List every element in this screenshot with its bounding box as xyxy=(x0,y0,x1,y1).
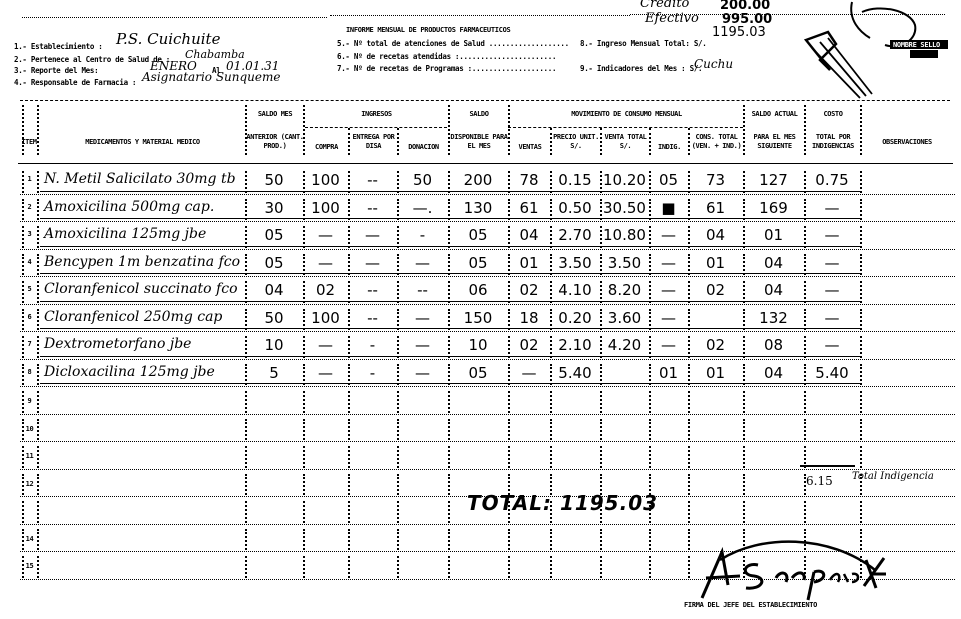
stamp-text: NOMBRE SELLO xyxy=(893,41,940,49)
field-indicadores: 9.- Indicadores del Mes : S/. xyxy=(580,64,702,73)
cell-ventas[interactable]: 18 xyxy=(508,309,550,327)
cell-precio[interactable]: 0.15 xyxy=(550,171,600,189)
col-header-observaciones: OBSERVACIONES xyxy=(862,138,952,147)
col-sep xyxy=(860,391,862,413)
col-sep xyxy=(22,105,24,155)
col-sep xyxy=(600,446,602,468)
handwriting-underline xyxy=(40,383,860,384)
table-row: 6Cloranfenicol 250mg cap50100--—150180.2… xyxy=(0,306,961,334)
cell-precio[interactable]: 2.10 xyxy=(550,336,600,354)
cell-saldo-sig[interactable]: 01 xyxy=(743,226,804,244)
col-sep xyxy=(37,501,39,523)
col-sep xyxy=(397,529,399,551)
col-sep xyxy=(448,419,450,441)
cell-cons-total[interactable]: 01 xyxy=(688,254,743,272)
col-header-name: MEDICAMENTOS Y MATERIAL MEDICO xyxy=(40,138,245,147)
col-header-anterior: ANTERIOR (CANT. PROD.) xyxy=(245,133,305,151)
cell-name[interactable]: Dextrometorfano jbe xyxy=(40,336,249,352)
field-responsable: 4.- Responsable de Farmacia : xyxy=(14,78,136,87)
col-sep xyxy=(860,501,862,523)
cell-saldo-sig[interactable]: 08 xyxy=(743,336,804,354)
row-rule xyxy=(20,441,955,442)
col-sep xyxy=(303,501,305,523)
cell-ventas[interactable]: 02 xyxy=(508,336,550,354)
col-sep xyxy=(550,529,552,551)
cell-item: 5 xyxy=(22,285,37,293)
col-sep xyxy=(600,419,602,441)
cell-costo-total[interactable]: 5.40 xyxy=(804,364,860,382)
col-sep xyxy=(448,556,450,578)
cell-name[interactable]: Bencypen 1m benzatina fco xyxy=(40,254,249,270)
col-sep xyxy=(37,105,39,155)
row-rule xyxy=(20,221,955,222)
col-sep xyxy=(743,419,745,441)
cell-item: 15 xyxy=(22,562,37,570)
col-sep xyxy=(743,474,745,496)
col-sep xyxy=(245,474,247,496)
field-recetas-programas: 7.- Nº de recetas de Programas :........… xyxy=(337,64,556,73)
cell-ventas[interactable]: — xyxy=(508,364,550,382)
credito-label: Credito xyxy=(640,0,689,11)
field-recetas-atendidas: 6.- Nº de recetas atendidas :...........… xyxy=(337,52,556,61)
col-sep xyxy=(37,364,39,386)
cell-disponible[interactable]: 05 xyxy=(448,364,508,382)
col-sep xyxy=(860,309,862,331)
cell-item: 4 xyxy=(22,258,37,266)
col-sep xyxy=(348,419,350,441)
cell-venta-total[interactable]: 10.20 xyxy=(600,171,649,189)
col-sep xyxy=(397,474,399,496)
cell-disponible[interactable]: 05 xyxy=(448,226,508,244)
cell-anterior[interactable]: 05 xyxy=(245,226,303,244)
col-sep xyxy=(600,529,602,551)
col-sep xyxy=(303,419,305,441)
cell-item: 8 xyxy=(22,368,37,376)
col-sep xyxy=(860,446,862,468)
cell-indig[interactable]: — xyxy=(649,281,688,299)
cell-item: 3 xyxy=(22,230,37,238)
cell-costo-total[interactable]: — xyxy=(804,281,860,299)
col-sep xyxy=(37,199,39,221)
table-row: 10 xyxy=(0,416,961,444)
cell-anterior[interactable]: 10 xyxy=(245,336,303,354)
col-sep xyxy=(348,446,350,468)
col-sep xyxy=(37,446,39,468)
cell-costo-total[interactable]: 0.75 xyxy=(804,171,860,189)
cell-donacion[interactable]: — xyxy=(397,309,448,327)
field-label: 1.- Establecimiento : xyxy=(14,42,103,51)
handwriting-underline xyxy=(40,328,860,329)
col-sep xyxy=(397,391,399,413)
handwriting-underline xyxy=(40,273,860,274)
cell-item: 14 xyxy=(22,535,37,543)
cell-costo-total[interactable]: — xyxy=(804,199,860,217)
cell-precio[interactable]: 0.50 xyxy=(550,199,600,217)
signature-icon xyxy=(680,530,900,605)
cell-indig[interactable]: — xyxy=(649,254,688,272)
col-sep xyxy=(688,391,690,413)
row-rule xyxy=(20,331,955,332)
col-sep xyxy=(804,419,806,441)
col-sep xyxy=(245,529,247,551)
cell-entrega[interactable]: - xyxy=(348,364,397,382)
col-sep xyxy=(688,446,690,468)
cell-entrega[interactable]: -- xyxy=(348,309,397,327)
header-saldo-actual: SALDO ACTUAL xyxy=(745,110,804,119)
cell-ventas[interactable]: 04 xyxy=(508,226,550,244)
col-sep xyxy=(397,501,399,523)
col-sep xyxy=(397,556,399,578)
col-sep xyxy=(37,336,39,358)
col-sep xyxy=(550,556,552,578)
indicadores-value[interactable]: Cuchu xyxy=(694,57,733,71)
col-sep xyxy=(688,309,690,331)
cell-donacion[interactable]: — xyxy=(397,336,448,354)
field-ingreso-mensual: 8.- Ingreso Mensual Total: S/. xyxy=(580,39,706,48)
cell-precio[interactable]: 3.50 xyxy=(550,254,600,272)
cell-entrega[interactable]: -- xyxy=(348,281,397,299)
cell-cons-total[interactable]: 02 xyxy=(688,336,743,354)
cell-compra[interactable]: 02 xyxy=(303,281,348,299)
field-establecimiento: 1.- Establecimiento : xyxy=(14,42,103,51)
cell-cons-total[interactable]: 73 xyxy=(688,171,743,189)
col-sep xyxy=(245,419,247,441)
cell-venta-total[interactable]: 3.50 xyxy=(600,254,649,272)
cell-ventas[interactable]: 61 xyxy=(508,199,550,217)
margin-note-underline xyxy=(800,465,855,467)
cell-indig[interactable]: — xyxy=(649,309,688,327)
table-row: 7Dextrometorfano jbe10—-—10022.104.20—02… xyxy=(0,333,961,361)
establecimiento-value[interactable]: P.S. Cuichuite xyxy=(116,30,220,48)
cell-name[interactable]: Amoxicilina 500mg cap. xyxy=(40,199,249,215)
cell-item: 9 xyxy=(22,397,37,405)
col-sep xyxy=(37,474,39,496)
handwriting-underline xyxy=(40,191,860,192)
annotation-total: 1195.03 xyxy=(712,25,766,40)
cell-donacion[interactable]: — xyxy=(397,254,448,272)
cell-disponible[interactable]: 06 xyxy=(448,281,508,299)
col-sep xyxy=(348,501,350,523)
col-sep xyxy=(804,391,806,413)
col-sep xyxy=(508,419,510,441)
cell-disponible[interactable]: 05 xyxy=(448,254,508,272)
col-sep xyxy=(600,391,602,413)
cell-compra[interactable]: 100 xyxy=(303,171,348,189)
header-movimiento: MOVIMIENTO DE CONSUMO MENSUAL xyxy=(510,110,743,119)
handwriting-underline xyxy=(40,301,860,302)
header-saldo: SALDO xyxy=(450,110,508,119)
cell-donacion[interactable]: —. xyxy=(397,199,448,217)
col-sep xyxy=(860,105,862,155)
cell-compra[interactable]: 100 xyxy=(303,199,348,217)
cell-saldo-sig[interactable]: 04 xyxy=(743,254,804,272)
col-sep xyxy=(348,529,350,551)
cell-costo-total[interactable]: — xyxy=(804,254,860,272)
col-header-entrega: ENTREGA POR DISA xyxy=(350,133,397,151)
cell-venta-total[interactable]: 8.20 xyxy=(600,281,649,299)
cell-anterior[interactable]: 30 xyxy=(245,199,303,217)
cell-saldo-sig[interactable]: 04 xyxy=(743,364,804,382)
col-header-indig: INDIG. xyxy=(651,143,688,152)
col-sep xyxy=(245,446,247,468)
col-sep xyxy=(649,529,651,551)
col-sep xyxy=(688,474,690,496)
cell-indig[interactable]: — xyxy=(649,226,688,244)
cell-ventas[interactable]: 02 xyxy=(508,281,550,299)
row-rule xyxy=(20,524,955,525)
col-sep xyxy=(245,556,247,578)
cell-cons-total[interactable]: 01 xyxy=(688,364,743,382)
table-row: 8Dicloxacilina 125mg jbe5—-—05—5.4001010… xyxy=(0,361,961,389)
field-reporte-mes: 3.- Reporte del Mes: xyxy=(14,66,98,75)
col-sep xyxy=(649,419,651,441)
cell-indig[interactable]: 05 xyxy=(649,171,688,189)
cell-entrega[interactable]: — xyxy=(348,254,397,272)
cell-disponible[interactable]: 130 xyxy=(448,199,508,217)
row-rule xyxy=(20,469,955,470)
cell-precio[interactable]: 4.10 xyxy=(550,281,600,299)
col-sep xyxy=(860,199,862,221)
table-row: 9 xyxy=(0,388,961,416)
handwriting-underline xyxy=(40,218,860,219)
cell-name[interactable]: Dicloxacilina 125mg jbe xyxy=(40,364,249,380)
col-sep xyxy=(37,281,39,303)
cell-compra[interactable]: — xyxy=(303,254,348,272)
cell-name[interactable]: N. Metil Salicilato 30mg tb xyxy=(40,171,249,187)
col-header-costo-total: TOTAL POR INDIGENCIAS xyxy=(806,133,860,151)
header-ingresos: INGRESOS xyxy=(305,110,448,119)
cell-saldo-sig[interactable]: 132 xyxy=(743,309,804,327)
cell-compra[interactable]: — xyxy=(303,226,348,244)
cell-saldo-sig[interactable]: 127 xyxy=(743,171,804,189)
cell-precio[interactable]: 5.40 xyxy=(550,364,600,382)
col-sep xyxy=(348,474,350,496)
grand-total: TOTAL: 1195.03 xyxy=(467,491,658,515)
col-sep xyxy=(860,419,862,441)
cell-cons-total[interactable]: 02 xyxy=(688,281,743,299)
cell-name[interactable]: Amoxicilina 125mg jbe xyxy=(40,226,249,242)
col-sep xyxy=(448,391,450,413)
cell-costo-total[interactable]: — xyxy=(804,336,860,354)
row-rule xyxy=(20,359,955,360)
col-sep xyxy=(303,529,305,551)
cell-ventas[interactable]: 01 xyxy=(508,254,550,272)
ingresos-subrule xyxy=(305,127,447,128)
col-sep xyxy=(37,171,39,193)
cell-compra[interactable]: — xyxy=(303,336,348,354)
col-sep xyxy=(688,419,690,441)
col-sep xyxy=(448,446,450,468)
cell-indig[interactable]: 01 xyxy=(649,364,688,382)
cell-item: 1 xyxy=(22,175,37,183)
cell-compra[interactable]: — xyxy=(303,364,348,382)
col-sep xyxy=(550,446,552,468)
table-row: 1N. Metil Salicilato 30mg tb50100--50200… xyxy=(0,168,961,196)
col-sep xyxy=(303,446,305,468)
field-total-atenciones: 5.- Nº total de atenciones de Salud ....… xyxy=(337,39,569,48)
table-row: 4Bencypen 1m benzatina fco05———05013.503… xyxy=(0,251,961,279)
col-sep xyxy=(37,309,39,331)
cell-anterior[interactable]: 04 xyxy=(245,281,303,299)
row-rule xyxy=(20,386,955,387)
row-rule xyxy=(20,414,955,415)
col-sep xyxy=(245,501,247,523)
responsable-value[interactable]: Asignatario Sunqueme xyxy=(142,70,281,84)
cell-entrega[interactable]: -- xyxy=(348,199,397,217)
cell-entrega[interactable]: - xyxy=(348,336,397,354)
cell-item: 7 xyxy=(22,340,37,348)
col-sep xyxy=(600,364,602,386)
cell-disponible[interactable]: 200 xyxy=(448,171,508,189)
cell-item: 11 xyxy=(22,452,37,460)
margin-note-value: 6.15 xyxy=(806,474,833,488)
col-sep xyxy=(860,171,862,193)
cell-disponible[interactable]: 10 xyxy=(448,336,508,354)
col-sep xyxy=(804,501,806,523)
cell-venta-total[interactable]: 10.80 xyxy=(600,226,649,244)
top-rule-left xyxy=(22,17,327,18)
header-costo: COSTO xyxy=(806,110,860,119)
cell-saldo-sig[interactable]: 169 xyxy=(743,199,804,217)
cell-anterior[interactable]: 50 xyxy=(245,309,303,327)
col-header-disponible: DISPONIBLE PARA EL MES xyxy=(450,133,508,151)
col-sep xyxy=(37,391,39,413)
col-sep xyxy=(448,474,450,496)
cell-name[interactable]: Cloranfenicol 250mg cap xyxy=(40,309,249,325)
efectivo-label: Efectivo xyxy=(645,11,699,26)
stamp-icon xyxy=(800,0,961,100)
col-sep xyxy=(550,391,552,413)
cell-name[interactable]: Cloranfenicol succinato fco xyxy=(40,281,249,297)
col-sep xyxy=(348,391,350,413)
col-sep xyxy=(508,446,510,468)
cell-donacion[interactable]: - xyxy=(397,226,448,244)
table-row: 5Cloranfenicol succinato fco0402----0602… xyxy=(0,278,961,306)
col-header-precio: PRECIO UNIT. S/. xyxy=(552,133,600,151)
col-sep xyxy=(508,391,510,413)
cell-anterior[interactable]: 5 xyxy=(245,364,303,382)
grand-total-value: 1195.03 xyxy=(560,491,658,515)
field-centro-salud: 2.- Pertenece al Centro de Salud de : xyxy=(14,55,170,64)
signature-caption: FIRMA DEL JEFE DEL ESTABLECIMIENTO xyxy=(684,601,817,609)
cell-entrega[interactable]: — xyxy=(348,226,397,244)
cell-costo-total[interactable]: — xyxy=(804,226,860,244)
cell-saldo-sig[interactable]: 04 xyxy=(743,281,804,299)
header-saldo-mes: SALDO MES xyxy=(247,110,303,119)
cell-indig[interactable]: — xyxy=(649,336,688,354)
top-rule-center xyxy=(330,15,630,16)
grand-total-label: TOTAL: xyxy=(467,491,552,515)
row-rule xyxy=(20,249,955,250)
col-sep xyxy=(508,529,510,551)
col-sep xyxy=(743,391,745,413)
cell-compra[interactable]: 100 xyxy=(303,309,348,327)
col-header-compra: COMPRA xyxy=(305,143,348,152)
col-sep xyxy=(348,556,350,578)
col-sep xyxy=(448,501,450,523)
cell-precio[interactable]: 2.70 xyxy=(550,226,600,244)
cell-cons-total[interactable]: 61 xyxy=(688,199,743,217)
col-header-donacion: DONACION xyxy=(399,143,448,152)
col-header-cons-total: CONS. TOTAL (VEN. + IND.) xyxy=(690,133,743,151)
col-sep xyxy=(860,226,862,248)
cell-disponible[interactable]: 150 xyxy=(448,309,508,327)
cell-donacion[interactable]: 50 xyxy=(397,171,448,189)
cell-cons-total[interactable]: 04 xyxy=(688,226,743,244)
col-sep xyxy=(743,446,745,468)
cell-venta-total[interactable]: 3.60 xyxy=(600,309,649,327)
cell-donacion[interactable]: -- xyxy=(397,281,448,299)
header-bottom-rule xyxy=(20,100,950,101)
col-sep xyxy=(649,391,651,413)
row-rule xyxy=(20,304,955,305)
cell-anterior[interactable]: 05 xyxy=(245,254,303,272)
col-sep xyxy=(397,419,399,441)
col-sep xyxy=(448,529,450,551)
col-sep xyxy=(550,419,552,441)
col-sep xyxy=(860,281,862,303)
cell-item: 12 xyxy=(22,480,37,488)
col-header-ventas: VENTAS xyxy=(510,143,550,152)
col-sep xyxy=(245,391,247,413)
col-sep xyxy=(508,556,510,578)
cell-item: 6 xyxy=(22,313,37,321)
col-sep xyxy=(303,556,305,578)
col-sep xyxy=(600,556,602,578)
col-sep xyxy=(649,556,651,578)
table-row: 3Amoxicilina 125mg jbe05——-05042.7010.80… xyxy=(0,223,961,251)
cell-item: 10 xyxy=(22,425,37,433)
col-sep xyxy=(37,226,39,248)
col-sep xyxy=(37,419,39,441)
col-header-saldo-sig: PARA EL MES SIGUIENTE xyxy=(745,133,804,151)
col-sep xyxy=(37,556,39,578)
handwriting-underline xyxy=(40,356,860,357)
cell-venta-total[interactable]: 4.20 xyxy=(600,336,649,354)
handwriting-underline xyxy=(40,246,860,247)
col-header-venta-total: VENTA TOTAL S/. xyxy=(602,133,649,151)
cell-ventas[interactable]: 78 xyxy=(508,171,550,189)
cell-anterior[interactable]: 50 xyxy=(245,171,303,189)
row-rule xyxy=(20,194,955,195)
table-row: 2Amoxicilina 500mg cap.30100--—.130610.5… xyxy=(0,196,961,224)
col-sep xyxy=(860,364,862,386)
cell-venta-total[interactable]: 30.50 xyxy=(600,199,649,217)
col-sep xyxy=(303,474,305,496)
col-sep xyxy=(303,391,305,413)
col-sep xyxy=(743,501,745,523)
col-sep xyxy=(688,501,690,523)
col-sep xyxy=(649,446,651,468)
cell-item: 2 xyxy=(22,203,37,211)
cell-donacion[interactable]: — xyxy=(397,364,448,382)
cell-precio[interactable]: 0.20 xyxy=(550,309,600,327)
margin-note-label: Total Indigencia xyxy=(852,472,952,482)
header-table-rule xyxy=(18,163,953,164)
col-sep xyxy=(37,254,39,276)
col-sep xyxy=(37,529,39,551)
col-sep xyxy=(397,446,399,468)
cell-indig[interactable]: ■ xyxy=(649,199,688,217)
row-rule xyxy=(20,276,955,277)
col-sep xyxy=(860,336,862,358)
cell-entrega[interactable]: -- xyxy=(348,171,397,189)
col-sep xyxy=(860,254,862,276)
col-sep xyxy=(22,501,24,523)
cell-costo-total[interactable]: — xyxy=(804,309,860,327)
form-title: INFORME MENSUAL DE PRODUCTOS FARMACEUTIC… xyxy=(346,26,510,34)
movimiento-subrule xyxy=(508,127,743,128)
